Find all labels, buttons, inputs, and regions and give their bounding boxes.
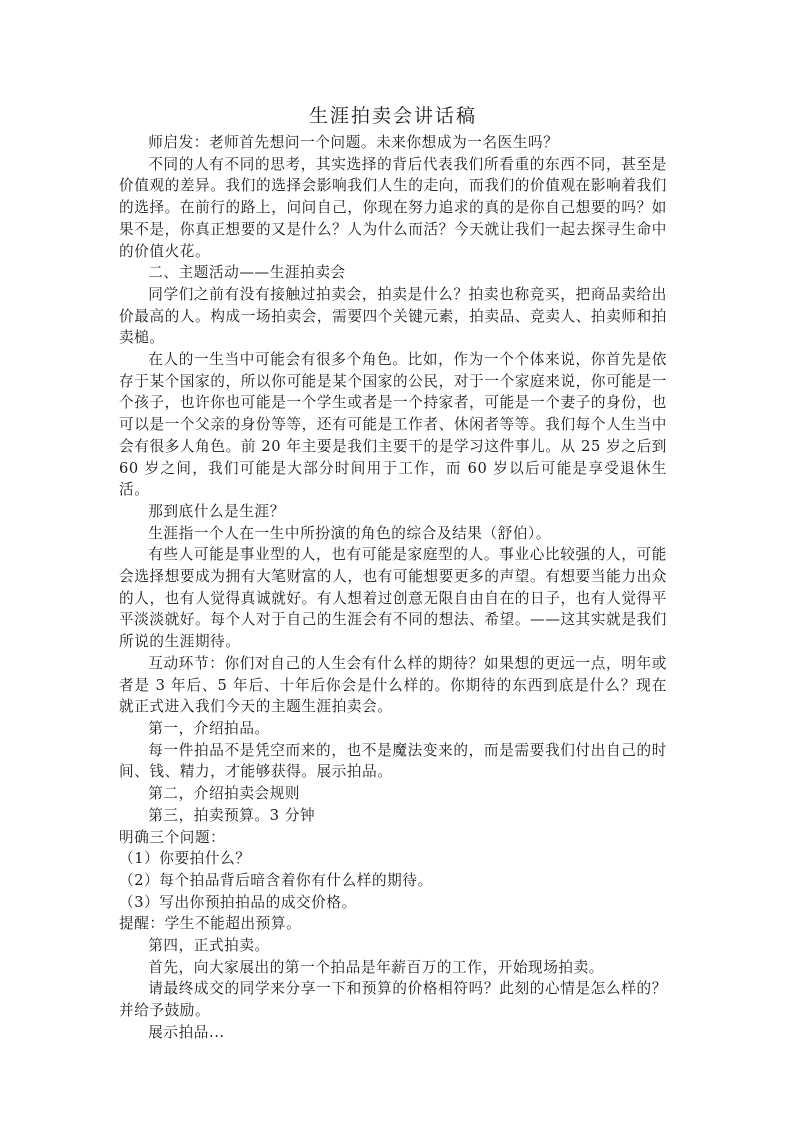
step-heading: 第四，正式拍卖。: [119, 935, 667, 957]
paragraph: 每一件拍品不是凭空而来的，也不是魔法变来的，而是需要我们付出自己的时间、钱、精力…: [119, 740, 667, 783]
paragraph: 不同的人有不同的思考，其实选择的背后代表我们所看重的东西不同，甚至是价值观的差异…: [119, 154, 667, 263]
paragraph: 师启发：老师首先想问一个问题。未来你想成为一名医生吗？: [119, 132, 667, 154]
list-item: （1）你要拍什么？: [119, 848, 667, 870]
step-heading: 第三，拍卖预算。3 分钟: [119, 805, 667, 827]
list-item: （3）写出你预拍拍品的成交价格。: [119, 892, 667, 914]
paragraph: 有些人可能是事业型的人，也有可能是家庭型的人。事业心比较强的人，可能会选择想要成…: [119, 544, 667, 653]
paragraph: 展示拍品...: [119, 1022, 667, 1044]
document-page: 生涯拍卖会讲话稿 师启发：老师首先想问一个问题。未来你想成为一名医生吗？ 不同的…: [119, 103, 667, 1044]
paragraph: 那到底什么是生涯？: [119, 501, 667, 523]
paragraph: 在人的一生当中可能会有很多个角色。比如，作为一个个体来说，你首先是依存于某个国家…: [119, 349, 667, 501]
document-title: 生涯拍卖会讲话稿: [119, 103, 667, 129]
paragraph: 明确三个问题：: [119, 827, 667, 849]
section-heading: 二、主题活动——生涯拍卖会: [119, 262, 667, 284]
list-item: （2）每个拍品背后暗含着你有什么样的期待。: [119, 870, 667, 892]
paragraph: 同学们之前有没有接触过拍卖会，拍卖是什么？拍卖也称竞买，把商品卖给出价最高的人。…: [119, 284, 667, 349]
paragraph: 请最终成交的同学来分享一下和预算的价格相符吗？此刻的心情是怎么样的？并给予鼓励。: [119, 978, 667, 1021]
step-heading: 第一，介绍拍品。: [119, 718, 667, 740]
step-heading: 第二，介绍拍卖会规则: [119, 783, 667, 805]
paragraph: 生涯指一个人在一生中所扮演的角色的综合及结果（舒伯）。: [119, 523, 667, 545]
paragraph: 互动环节：你们对自己的人生会有什么样的期待？如果想的更远一点，明年或者是 3 年…: [119, 653, 667, 718]
reminder: 提醒：学生不能超出预算。: [119, 913, 667, 935]
paragraph: 首先，向大家展出的第一个拍品是年薪百万的工作，开始现场拍卖。: [119, 957, 667, 979]
